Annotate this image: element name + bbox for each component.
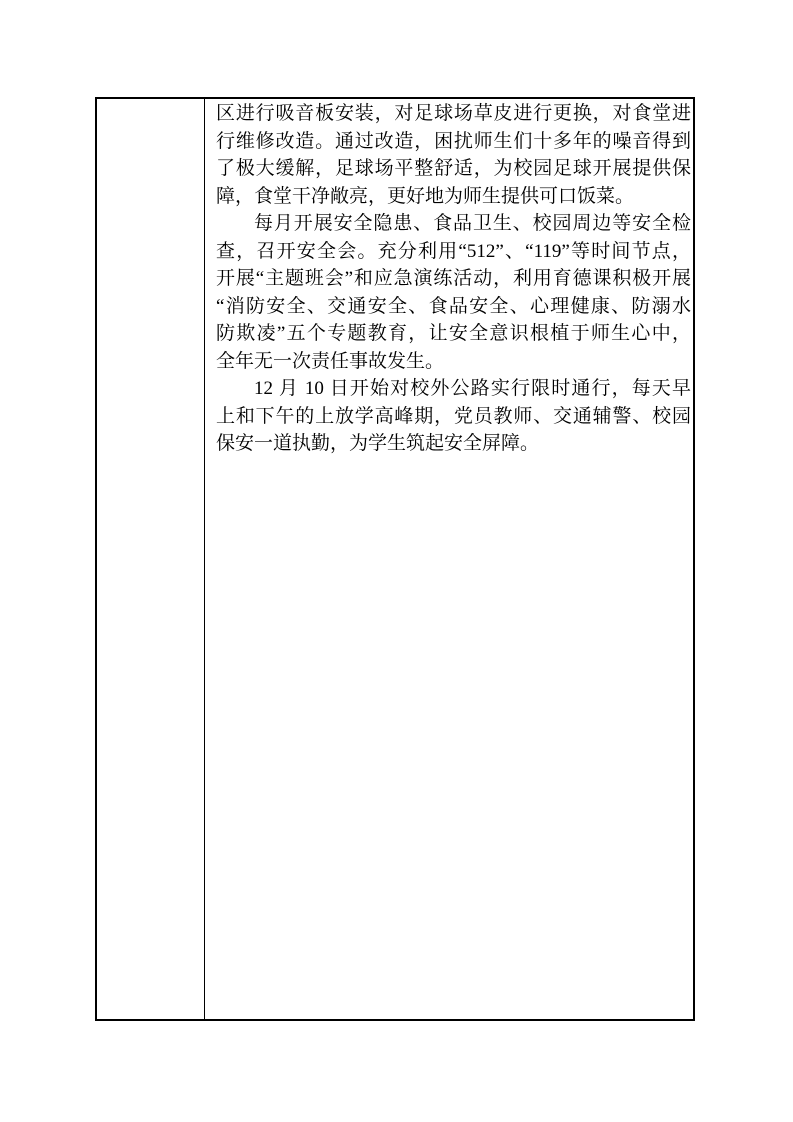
paragraph-list: 区进行吸音板安装，对足球场草皮进行更换，对食堂进行维修改造。通过改造，困扰师生们… <box>216 100 691 458</box>
text-line: 查，召开安全会。充分利用“512”、“119”等时间节点， <box>216 238 691 266</box>
text-line: 障，食堂干净敞亮，更好地为师生提供可口饭菜。 <box>216 183 691 211</box>
content-table: 区进行吸音板安装，对足球场草皮进行更换，对食堂进行维修改造。通过改造，困扰师生们… <box>95 97 695 1021</box>
text-line: 12 月 10 日开始对校外公路实行限时通行，每天早 <box>216 375 691 403</box>
paragraph: 12 月 10 日开始对校外公路实行限时通行，每天早上和下午的上放学高峰期，党员… <box>216 375 691 458</box>
text-line: 开展“主题班会”和应急演练活动，利用育德课积极开展 <box>216 265 691 293</box>
text-line: 全年无一次责任事故发生。 <box>216 348 691 376</box>
text-line: 行维修改造。通过改造，困扰师生们十多年的噪音得到 <box>216 128 691 156</box>
table-body-cell: 区进行吸音板安装，对足球场草皮进行更换，对食堂进行维修改造。通过改造，困扰师生们… <box>205 99 693 1019</box>
text-line: 区进行吸音板安装，对足球场草皮进行更换，对食堂进 <box>216 100 691 128</box>
table-left-label-cell <box>97 99 205 1019</box>
paragraph: 每月开展安全隐患、食品卫生、校园周边等安全检查，召开安全会。充分利用“512”、… <box>216 210 691 375</box>
paragraph: 区进行吸音板安装，对足球场草皮进行更换，对食堂进行维修改造。通过改造，困扰师生们… <box>216 100 691 210</box>
text-line: 每月开展安全隐患、食品卫生、校园周边等安全检 <box>216 210 691 238</box>
text-line: 了极大缓解，足球场平整舒适，为校园足球开展提供保 <box>216 155 691 183</box>
text-line: “消防安全、交通安全、食品安全、心理健康、防溺水 <box>216 293 691 321</box>
text-line: 保安一道执勤，为学生筑起安全屏障。 <box>216 430 691 458</box>
text-line: 上和下午的上放学高峰期，党员教师、交通辅警、校园 <box>216 403 691 431</box>
document-page: 区进行吸音板安装，对足球场草皮进行更换，对食堂进行维修改造。通过改造，困扰师生们… <box>0 0 793 1122</box>
text-line: 防欺凌”五个专题教育，让安全意识根植于师生心中， <box>216 320 691 348</box>
